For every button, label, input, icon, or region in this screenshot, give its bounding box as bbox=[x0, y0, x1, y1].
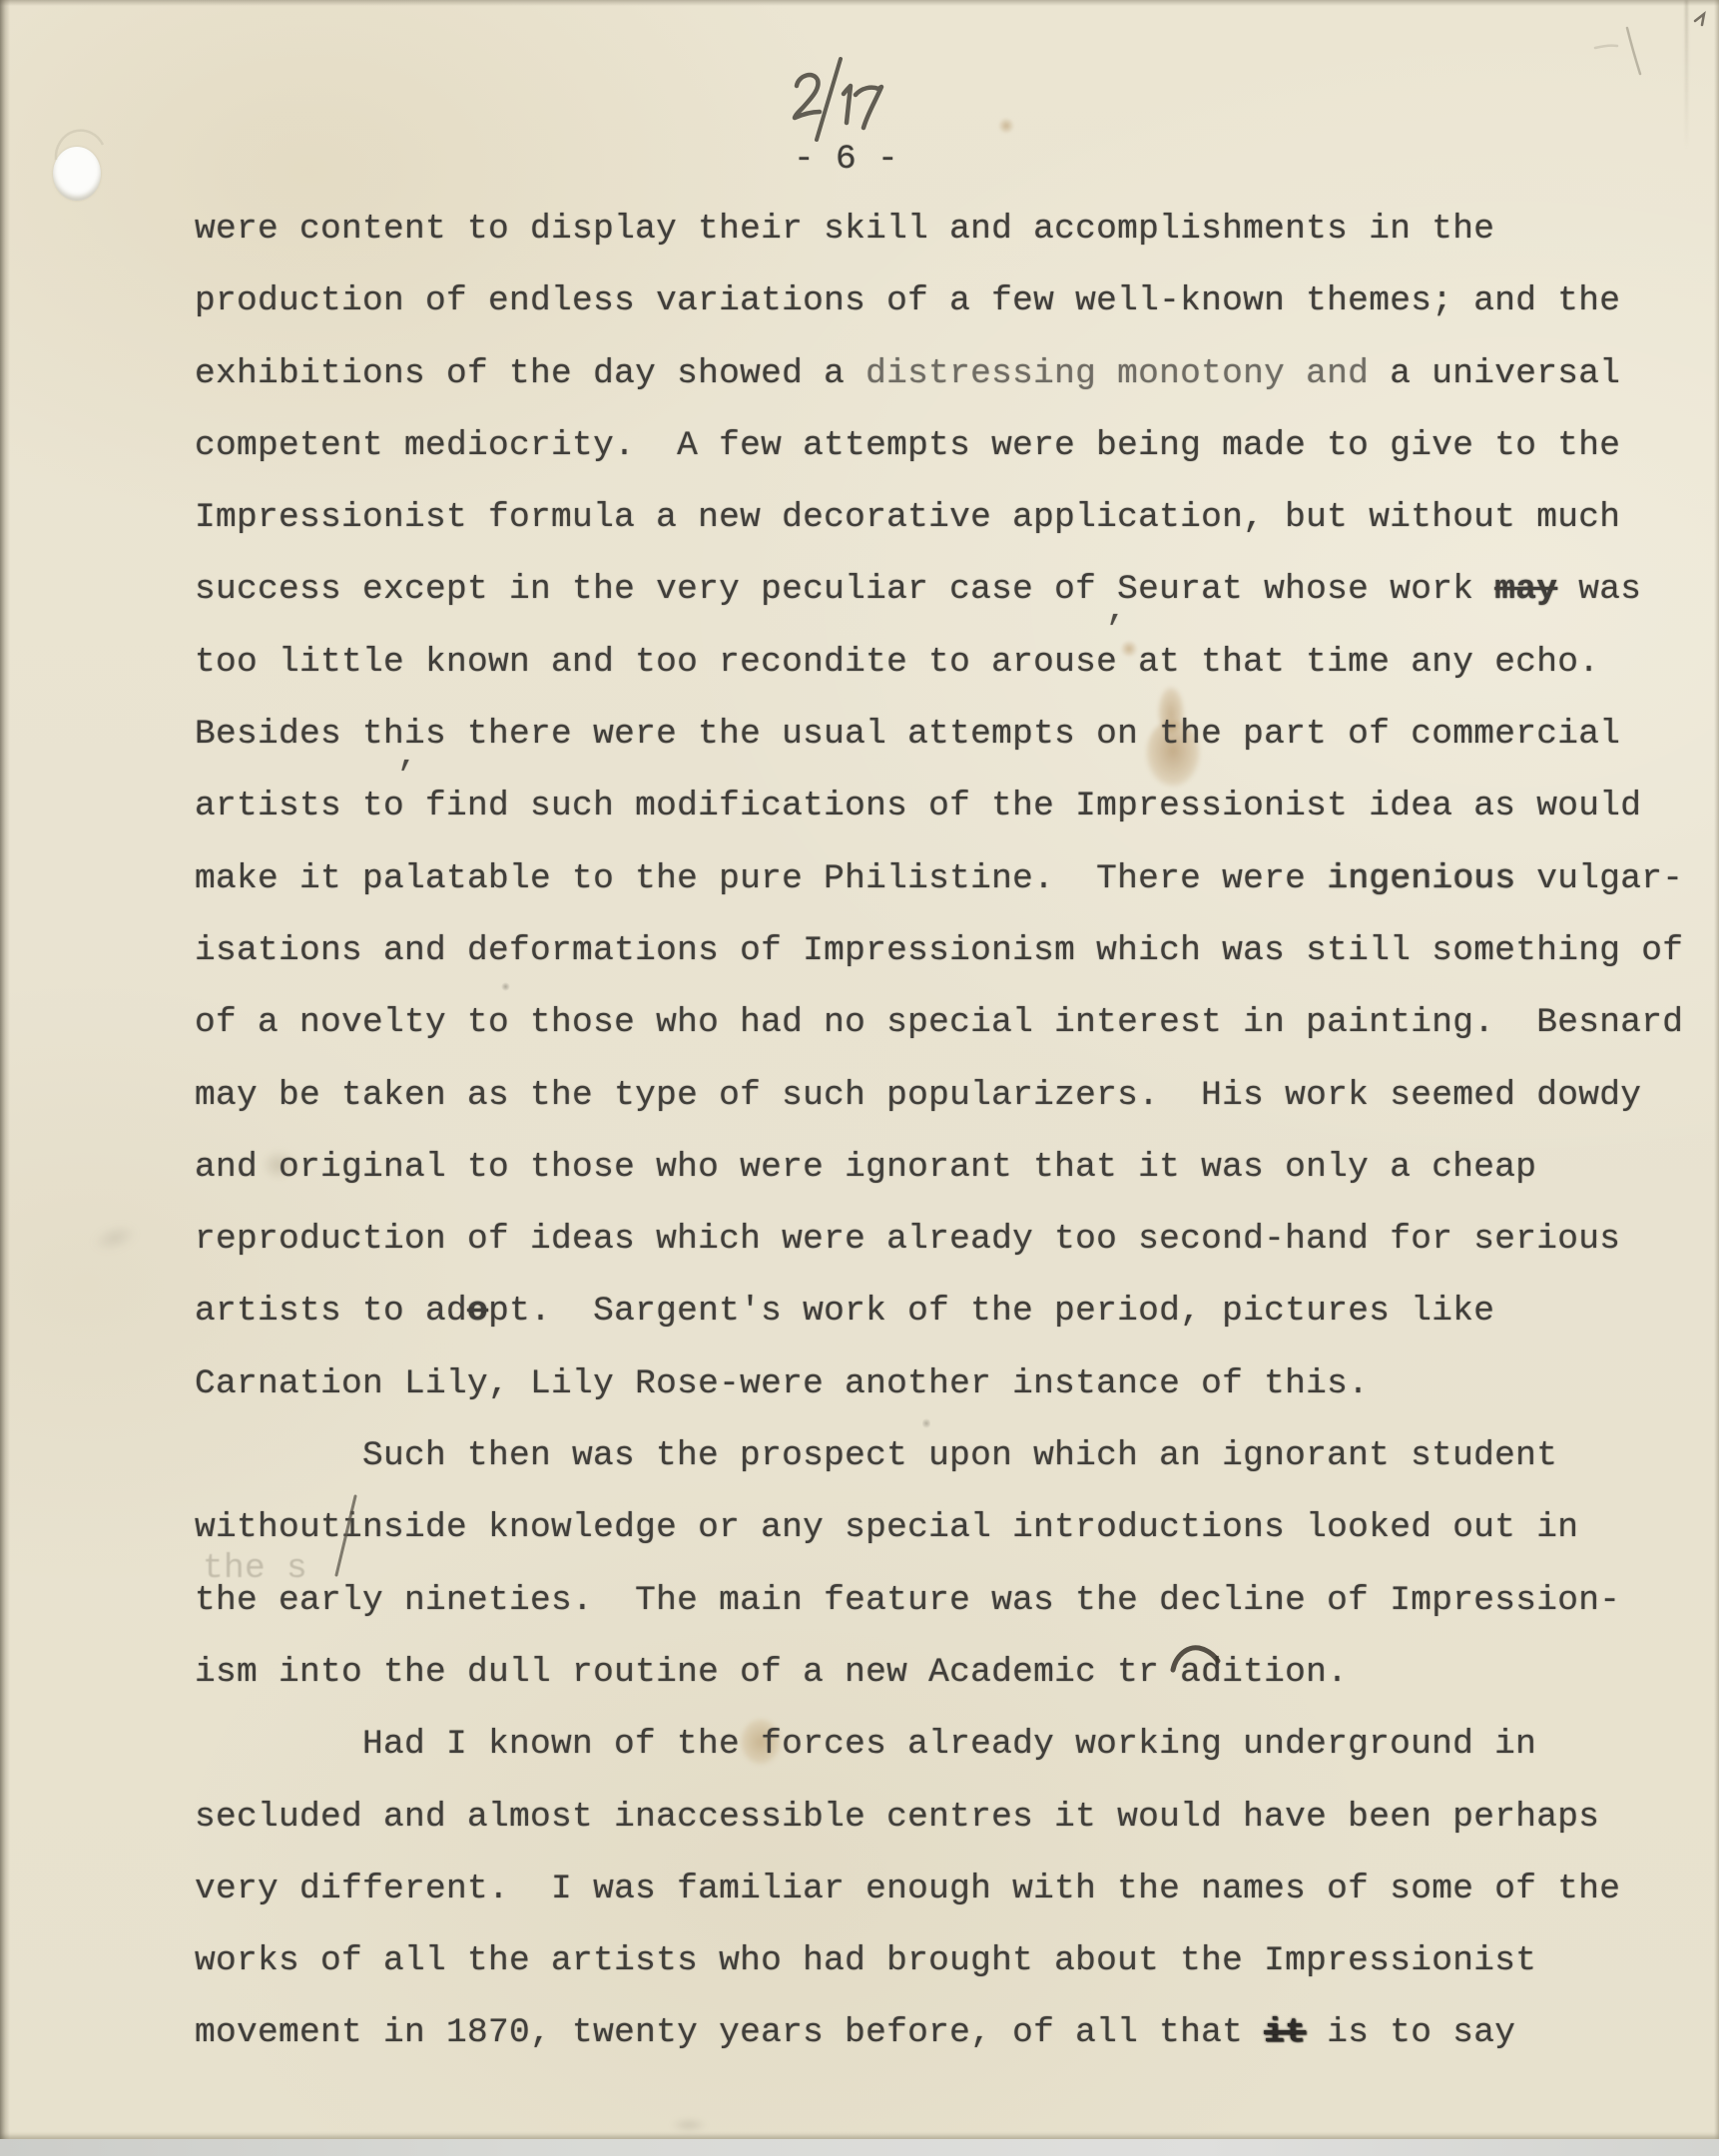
typescript-segment: was bbox=[1557, 570, 1641, 609]
typescript-segment: a universal bbox=[1369, 354, 1620, 393]
typescript-segment: is to say bbox=[1306, 2013, 1515, 2052]
typescript-segment: of a novelty to those who had no special… bbox=[195, 1003, 1683, 1042]
typescript-line: reproduction of ideas which were already… bbox=[195, 1204, 1702, 1276]
typescript-line: and original to those who were ignorant … bbox=[195, 1132, 1702, 1204]
typescript-segment: works of all the artists who had brought… bbox=[195, 1941, 1536, 1980]
typescript-line: artists to adopt. Sargent's work of the … bbox=[195, 1276, 1702, 1347]
typescript-body: were content to display their skill and … bbox=[195, 194, 1702, 2070]
typescript-segment: isations and deformations of Impressioni… bbox=[195, 931, 1683, 970]
scanner-background-strip bbox=[0, 2139, 1719, 2156]
typescript-line: works of all the artists who had brought… bbox=[195, 1925, 1702, 1997]
typescript-segment: competent mediocrity. A few attempts wer… bbox=[195, 426, 1620, 465]
typescript-segment: Carnation Lily, Lily Rose-were another i… bbox=[195, 1364, 1369, 1403]
typescript-segment-struck: o bbox=[467, 1292, 488, 1331]
typescript-line: competent mediocrity. A few attempts wer… bbox=[195, 410, 1702, 482]
typescript-segment: success except in the very peculiar case… bbox=[195, 570, 1494, 609]
document-scan: - 6 - the s were content to display thei… bbox=[0, 0, 1719, 2156]
typescript-segment: were content to display their skill and … bbox=[195, 210, 1494, 249]
typescript-line: Besides this there were the usual attemp… bbox=[195, 699, 1702, 771]
typescript-segment: and original to those who were ignorant … bbox=[195, 1148, 1536, 1187]
typescript-line: ism into the dull routine of a new Acade… bbox=[195, 1637, 1702, 1709]
typescript-segment: may be taken as the type of such popular… bbox=[195, 1076, 1641, 1115]
typescript-line: too little known and too recondite to ar… bbox=[195, 627, 1702, 699]
scan-edge-right bbox=[1714, 0, 1719, 2139]
stray-typed-mark: , bbox=[1106, 591, 1127, 630]
scan-edge-left bbox=[0, 0, 10, 2139]
typescript-segment: vulgar- bbox=[1515, 859, 1683, 898]
typescript-segment: the early nineties. The main feature was… bbox=[195, 1581, 1620, 1620]
typescript-segment-dense: ingenious bbox=[1327, 859, 1515, 898]
typescript-line: were content to display their skill and … bbox=[195, 194, 1702, 266]
typescript-segment: pt. Sargent's work of the period, pictur… bbox=[488, 1292, 1494, 1331]
typescript-line: artists to find such modifications of th… bbox=[195, 771, 1702, 842]
typescript-segment: artists to find such modifications of th… bbox=[195, 787, 1641, 825]
typescript-segment: withoutinside knowledge or any special i… bbox=[195, 1508, 1578, 1547]
typescript-segment: secluded and almost inaccessible centres… bbox=[195, 1798, 1599, 1837]
typescript-line: Such then was the prospect upon which an… bbox=[195, 1420, 1702, 1492]
typescript-segment: make it palatable to the pure Philistine… bbox=[195, 859, 1327, 898]
typescript-line: Carnation Lily, Lily Rose-were another i… bbox=[195, 1348, 1702, 1420]
typescript-segment: Such then was the prospect upon which an… bbox=[362, 1436, 1557, 1475]
typescript-line: may be taken as the type of such popular… bbox=[195, 1060, 1702, 1132]
scan-edge-top bbox=[0, 0, 1719, 6]
typescript-line: very different. I was familiar enough wi… bbox=[195, 1854, 1702, 1925]
page-number: - 6 - bbox=[794, 140, 898, 179]
typescript-segment: exhibitions of the day showed a bbox=[195, 354, 865, 393]
hole-punch bbox=[53, 147, 101, 201]
typescript-segment: very different. I was familiar enough wi… bbox=[195, 1870, 1620, 1908]
typescript-segment: Impressionist formula a new decorative a… bbox=[195, 498, 1620, 537]
typescript-segment-struck-heavy: it bbox=[1264, 2013, 1306, 2052]
typescript-segment: reproduction of ideas which were already… bbox=[195, 1220, 1620, 1259]
typescript-segment: too little known and too recondite to ar… bbox=[195, 643, 1599, 682]
typescript-line: make it palatable to the pure Philistine… bbox=[195, 843, 1702, 915]
typescript-line: success except in the very peculiar case… bbox=[195, 554, 1702, 626]
typescript-segment: Had I known of the forces already workin… bbox=[362, 1725, 1536, 1764]
typescript-segment: production of endless variations of a fe… bbox=[195, 281, 1620, 320]
typescript-segment: ism into the dull routine of a new Acade… bbox=[195, 1653, 1348, 1692]
typescript-line: exhibitions of the day showed a distress… bbox=[195, 338, 1702, 410]
typescript-line: isations and deformations of Impressioni… bbox=[195, 915, 1702, 987]
typescript-segment-faded: distressing monotony and bbox=[865, 354, 1369, 393]
typescript-line: of a novelty to those who had no special… bbox=[195, 987, 1702, 1059]
typescript-line: withoutinside knowledge or any special i… bbox=[195, 1492, 1702, 1564]
typescript-segment: artists to ad bbox=[195, 1292, 467, 1331]
typescript-line: Impressionist formula a new decorative a… bbox=[195, 482, 1702, 554]
paper-crease bbox=[1685, 0, 1688, 150]
typescript-segment-struck: may bbox=[1494, 570, 1557, 609]
typescript-segment: movement in 1870, twenty years before, o… bbox=[195, 2013, 1264, 2052]
typescript-line: the early nineties. The main feature was… bbox=[195, 1565, 1702, 1637]
typescript-line: production of endless variations of a fe… bbox=[195, 266, 1702, 337]
typescript-line: secluded and almost inaccessible centres… bbox=[195, 1782, 1702, 1854]
stray-typed-mark: , bbox=[397, 737, 418, 776]
typescript-line: movement in 1870, twenty years before, o… bbox=[195, 1997, 1702, 2069]
typescript-line: Had I known of the forces already workin… bbox=[195, 1709, 1702, 1781]
